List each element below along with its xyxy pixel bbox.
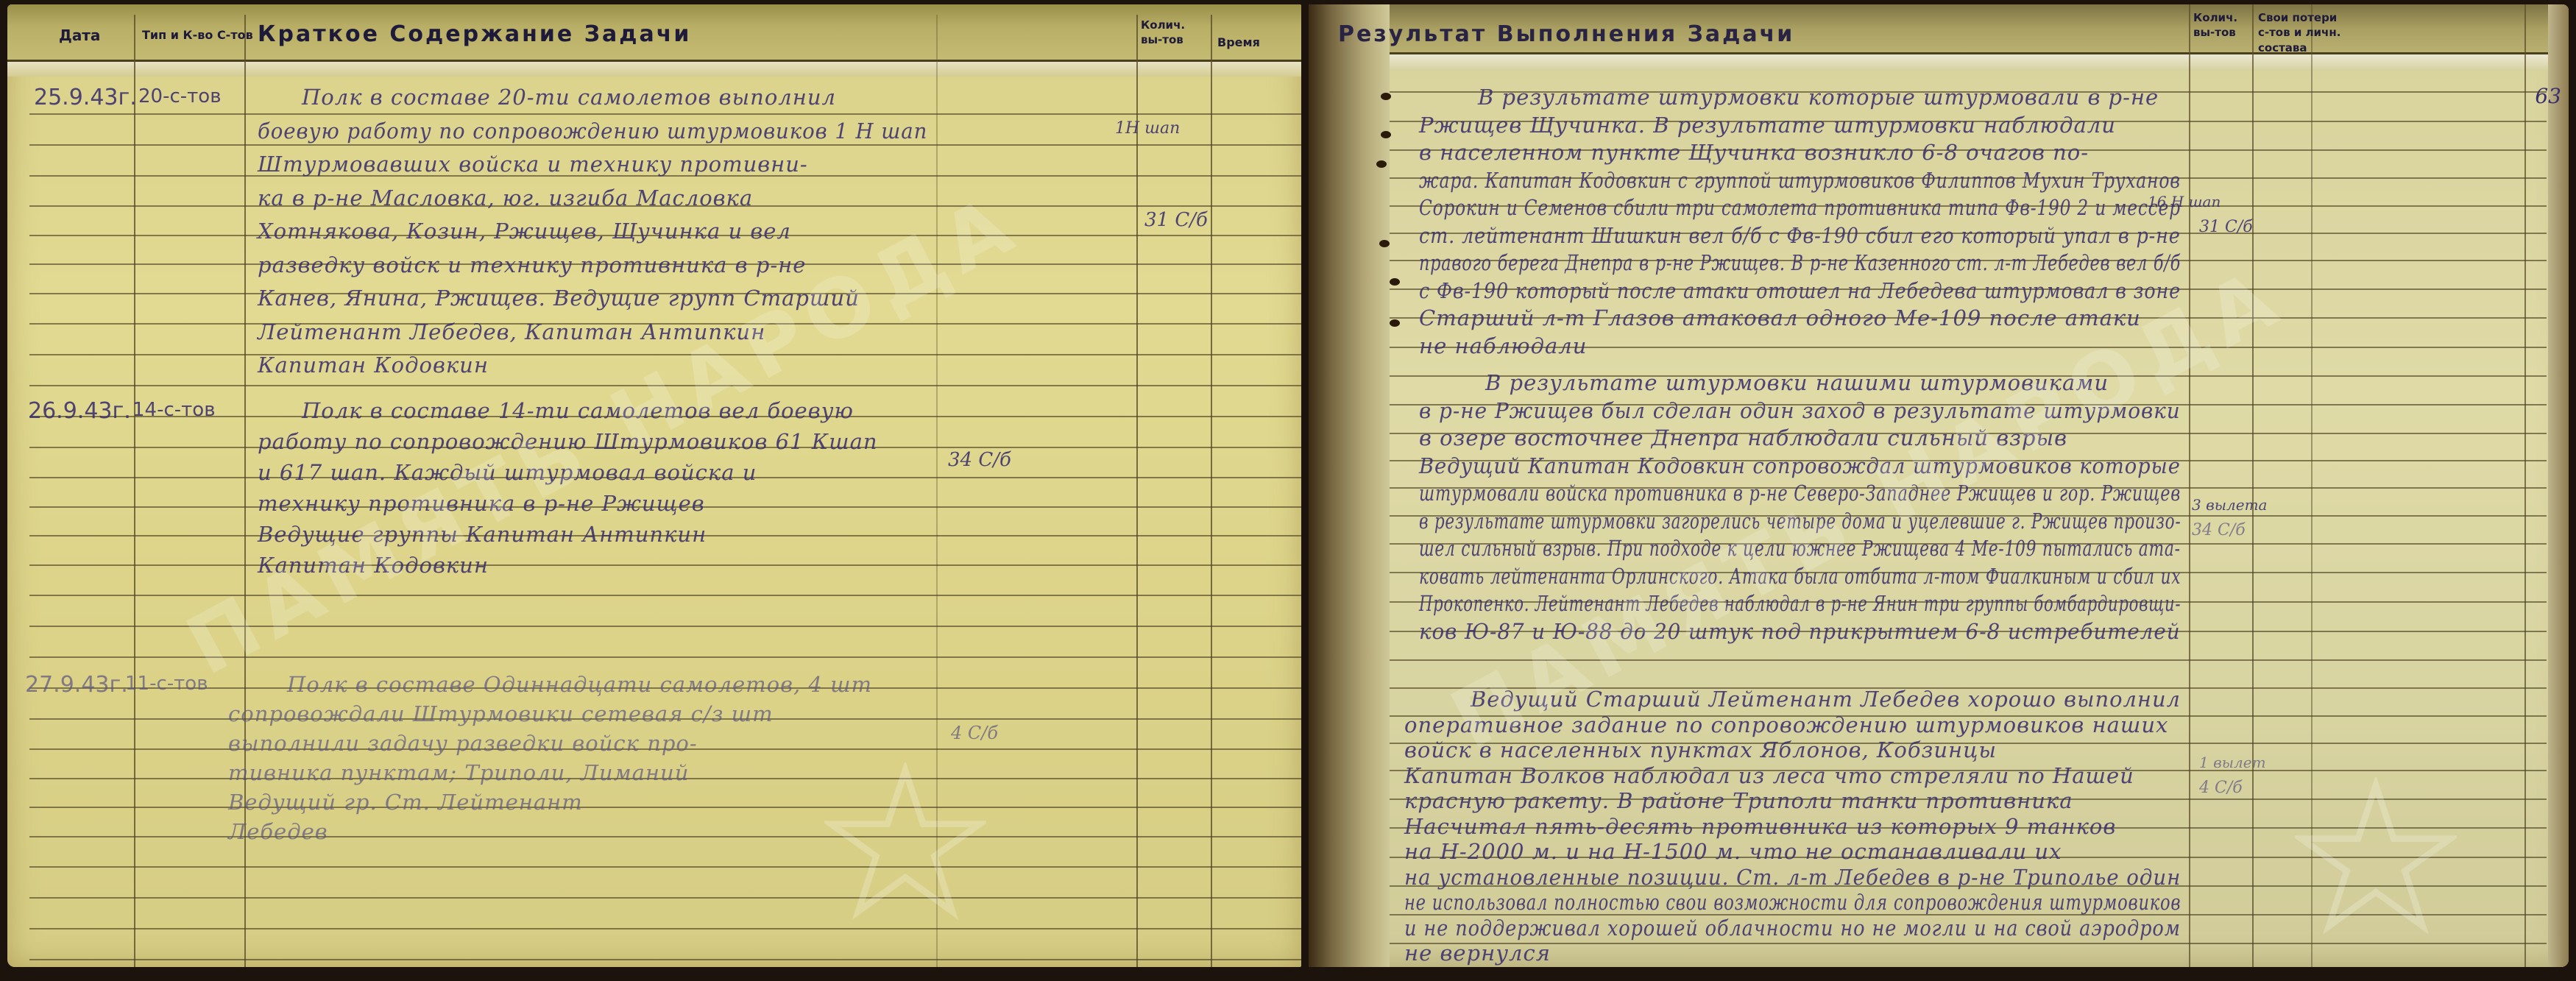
handwritten-line: разведку войск и технику противника в р-… <box>258 255 806 276</box>
handwritten-line: в озере восточнее Днепра наблюдали сильн… <box>1419 428 2067 449</box>
column-divider <box>134 15 135 967</box>
handwritten-line: и не поддерживал хорошей облачности но н… <box>1404 918 2181 939</box>
handwritten-line: ков Ю-87 и Ю-88 до 20 штук под прикрытие… <box>1419 621 2181 642</box>
ruled-line <box>29 595 1301 596</box>
handwritten-line: на установленные позиции. Ст. л-т Лебеде… <box>1404 867 2181 888</box>
binding-hole <box>1376 160 1387 168</box>
handwritten-line: Капитан Кодовкин <box>258 355 489 376</box>
handwritten-line: жара. Капитан Кодовкин с группой штурмов… <box>1419 170 2181 191</box>
right-header-fold <box>1309 54 2569 71</box>
handwritten-line: в населенном пункте Щучинка возникло 6-8… <box>1419 142 2089 163</box>
header-sorties-count-line2: вы-тов <box>1141 32 1185 47</box>
handwritten-line: боевую работу по сопровождению штурмовик… <box>258 121 927 142</box>
ruled-line <box>29 959 1301 960</box>
entry-sorties: 1 вылет <box>2199 755 2266 770</box>
entry-type-count: 14-с-тов <box>132 400 216 419</box>
entry-date: 27.9.43г. <box>25 674 128 696</box>
entry-sorties: 31 С/б <box>1144 210 1208 230</box>
ruled-line <box>29 656 1301 658</box>
handwritten-line: штурмовали войска противника в р-не Севе… <box>1419 483 2181 504</box>
ruled-line <box>1390 943 2547 944</box>
handwritten-line: войск в населенных пунктах Яблонов, Кобз… <box>1404 740 1997 761</box>
ruled-line <box>29 385 1301 386</box>
handwritten-line: правого берега Днепра в р-не Ржищев. В р… <box>1419 252 2181 274</box>
handwritten-line: не использовал полностью свои возможност… <box>1404 892 2181 913</box>
entry-sorties: 3 вылета <box>2192 497 2267 512</box>
column-divider <box>2311 4 2313 967</box>
ruled-line <box>29 807 1301 808</box>
entry-sorties: 16 Н шап <box>2148 194 2221 209</box>
handwritten-line: с Фв-190 который после атаки отошел на Л… <box>1419 280 2181 302</box>
column-divider <box>936 15 938 967</box>
ruled-line <box>29 354 1301 355</box>
left-page: Дата Тип и К-во С-тов Краткое Содержание… <box>7 4 1301 967</box>
binding-hole <box>1381 131 1391 138</box>
ruled-line <box>29 113 1301 115</box>
header-sorties-count: Колич. вы-тов <box>2193 10 2237 40</box>
handwritten-line: в результате штурмовки загорелись четыре… <box>1419 511 2181 532</box>
entry-sorties: 1Н шап <box>1115 121 1180 137</box>
handwritten-line: и 617 шап. Каждый штурмовал войска и <box>258 462 757 484</box>
ruled-lines <box>7 4 1301 967</box>
header-type-count: Тип и К-во С-тов <box>142 29 253 41</box>
column-divider <box>1211 15 1212 967</box>
handwritten-line: Ведущий Старший Лейтенант Лебедев хорошо… <box>1471 689 2181 710</box>
ruled-line <box>29 897 1301 899</box>
column-divider <box>1136 15 1138 967</box>
page-edge <box>2548 4 2569 967</box>
handwritten-line: ка в р-не Масловка, юг. изгиба Масловка <box>258 188 753 209</box>
column-divider <box>2524 4 2526 967</box>
handwritten-line: Лейтенант Лебедев, Капитан Антипкин <box>258 322 765 343</box>
star-watermark-icon <box>824 762 986 924</box>
entry-date: 25.9.43г. <box>34 87 137 109</box>
left-header-fold <box>7 62 1301 77</box>
star-watermark-icon <box>2295 777 2457 939</box>
header-losses-line2: с-тов и личн. <box>2258 25 2340 40</box>
ruled-line <box>29 626 1301 627</box>
header-sorties-count-line2: вы-тов <box>2193 25 2237 40</box>
entry-type-count: 11-с-тов <box>125 674 208 693</box>
handwritten-line: технику противника в р-не Ржищев <box>258 493 705 514</box>
entry-date: 26.9.43г. <box>28 400 131 422</box>
header-date: Дата <box>59 28 100 43</box>
header-time: Время <box>1217 37 1260 49</box>
entry-sorties: 4 С/б <box>2199 780 2243 796</box>
handwritten-line: Ржищев Щучинка. В результате штурмовки н… <box>1419 115 2116 136</box>
handwritten-line: не вернулся <box>1404 943 1551 964</box>
handwritten-line: тивника пунктам; Триполи, Лиманий <box>228 762 689 784</box>
handwritten-line: работу по сопровождению Штурмовиков 61 К… <box>258 431 878 453</box>
handwritten-line: Полк в составе 14-ти самолетов вел боеву… <box>302 400 854 422</box>
header-sorties-count-line1: Колич. <box>2193 10 2237 25</box>
binding-hole <box>1381 93 1391 100</box>
handwritten-line: Хотнякова, Козин, Ржищев, Щучинка и вел <box>258 221 791 242</box>
handwritten-line: В результате штурмовки которые штурмовал… <box>1478 87 2159 108</box>
entry-sorties: 4 С/б <box>951 724 998 742</box>
header-sorties-count: Колич. вы-тов <box>1141 18 1185 48</box>
entry-sorties: 34 С/б <box>2192 523 2246 539</box>
handwritten-line: Насчитал пять-десять противника из котор… <box>1404 816 2116 837</box>
handwritten-line: шел сильный взрыв. При подходе к цели юж… <box>1419 538 2181 559</box>
binding-hole <box>1390 319 1400 327</box>
handwritten-line: в р-не Ржищев был сделан один заход в ре… <box>1419 400 2181 422</box>
binding-hole <box>1390 278 1400 286</box>
handwritten-line: Ведущий Капитан Кодовкин сопровождал шту… <box>1419 456 2181 477</box>
handwritten-line: ст. лейтенант Шишкин вел б/б с Фв-190 сб… <box>1419 225 2181 247</box>
binding-hole <box>1379 240 1390 247</box>
ruled-line <box>29 928 1301 929</box>
column-divider <box>2252 4 2254 967</box>
binding-gutter <box>1309 4 1390 967</box>
handwritten-line: Старший л-т Глазов атаковал одного Ме-10… <box>1419 308 2141 329</box>
entry-sorties: 31 С/б <box>2199 219 2253 235</box>
handwritten-line: Сорокин и Семенов сбили три самолета про… <box>1419 197 2181 219</box>
entry-type-count: 20-с-тов <box>138 87 222 106</box>
handwritten-line: Лебедев <box>228 821 328 843</box>
handwritten-line: на Н-2000 м. и на Н-1500 м. что не остан… <box>1404 841 2062 863</box>
header-losses-line3: состава <box>2258 40 2340 55</box>
header-summary: Краткое Содержание Задачи <box>258 24 691 46</box>
page-number: 63 <box>2535 84 2561 108</box>
handwritten-line: Штурмовавших войска и технику противни- <box>258 154 808 175</box>
handwritten-line: Прокопенко. Лейтенант Лебедев наблюдал в… <box>1419 593 2181 615</box>
entry-sorties: 34 С/б <box>948 450 1011 470</box>
header-losses: Свои потери с-тов и личн. состава <box>2258 10 2340 55</box>
ruled-line <box>29 836 1301 837</box>
right-page: Результат Выполнения Задачи Колич. вы-то… <box>1309 4 2569 967</box>
handwritten-line: не наблюдали <box>1419 336 1587 357</box>
ruled-line <box>29 564 1301 566</box>
handwritten-line: оперативное задание по сопровождению шту… <box>1404 715 2168 736</box>
ruled-line <box>29 866 1301 868</box>
document-spread: Дата Тип и К-во С-тов Краткое Содержание… <box>0 0 2576 981</box>
handwritten-line: Ведущие группы Капитан Антипкин <box>258 524 707 545</box>
header-sorties-count-line1: Колич. <box>1141 18 1185 32</box>
handwritten-line: Ведущий гр. Ст. Лейтенант <box>228 792 583 813</box>
handwritten-line: красную ракету. В районе Триполи танки п… <box>1404 790 2073 812</box>
column-divider <box>2189 4 2190 967</box>
handwritten-line: сопровождали Штурмовики сетевая с/з шт <box>228 704 774 725</box>
header-losses-line1: Свои потери <box>2258 10 2340 25</box>
header-result: Результат Выполнения Задачи <box>1338 24 1794 46</box>
ruled-line <box>29 144 1301 146</box>
handwritten-line: выполнили задачу разведки войск про- <box>228 733 698 754</box>
handwritten-line: Полк в составе 20-ти самолетов выполнил <box>302 87 836 108</box>
handwritten-line: Капитан Кодовкин <box>258 555 489 576</box>
handwritten-line: Полк в составе Одиннадцати самолетов, 4 … <box>287 674 872 695</box>
ruled-line <box>1390 659 2547 661</box>
handwritten-line: Канев, Янина, Ржищев. Ведущие групп Стар… <box>258 288 860 309</box>
handwritten-line: ковать лейтенанта Орлинского. Атака была… <box>1419 566 2181 587</box>
handwritten-line: Капитан Волков наблюдал из леса что стре… <box>1404 765 2134 787</box>
handwritten-line: В результате штурмовки нашими штурмовика… <box>1485 372 2109 394</box>
